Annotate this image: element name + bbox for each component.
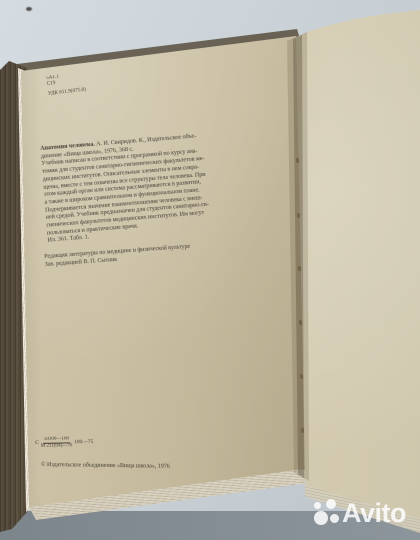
classification-block: 5А1.1 С19 УДК 611.9(075.8)	[46, 72, 86, 97]
annotation-block: Анатомия человека. А. И. Свиридов. К., И…	[40, 133, 211, 246]
book-photo: 5А1.1 С19 УДК 611.9(075.8) Анатомия чело…	[0, 0, 420, 540]
stitch-mark	[301, 428, 304, 433]
stitch-mark	[299, 320, 302, 325]
stitch-mark	[300, 374, 303, 379]
imprint-suffix: 100—75	[74, 439, 93, 445]
dust-speck	[26, 7, 32, 11]
stitch-mark	[298, 266, 301, 271]
imprint-prefix: С	[35, 440, 39, 446]
imprint-fraction: 50300—168 М 211(04)—76	[41, 436, 73, 449]
imprint-code: С 50300—168 М 211(04)—76 100—75	[35, 436, 93, 450]
avito-logo-icon	[330, 514, 339, 523]
avito-watermark: Avito	[306, 498, 420, 538]
stitch-mark	[297, 213, 300, 218]
avito-logo-icon	[314, 511, 328, 525]
avito-logo-icon	[326, 499, 336, 509]
imprint-denominator: М 211(04)—76	[41, 443, 72, 449]
stitch-mark	[296, 158, 299, 163]
avito-wordmark: Avito	[342, 498, 406, 529]
avito-logo-icon	[314, 502, 321, 509]
